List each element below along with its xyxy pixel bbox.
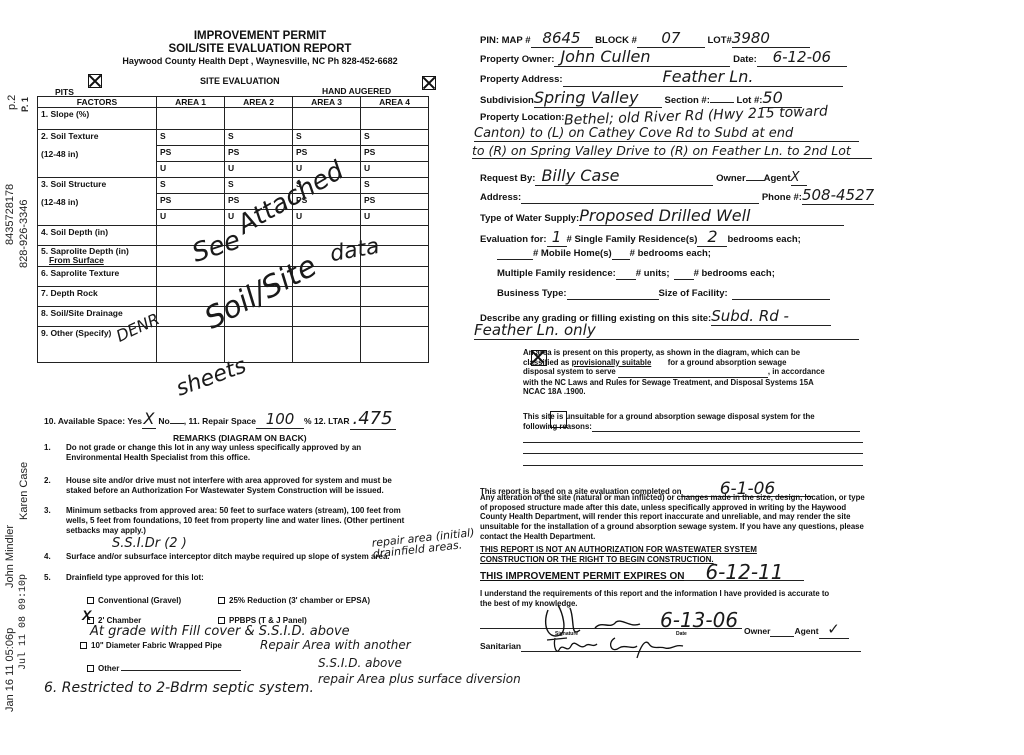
section-field[interactable] <box>710 102 734 103</box>
bedrooms-label: bedrooms each; <box>727 234 800 245</box>
rating-ps[interactable]: PS <box>361 146 429 162</box>
suitable-class-field[interactable]: provisionally suitable <box>572 358 666 368</box>
sanitarian-signature <box>545 628 695 668</box>
multi-family-label: Multiple Family residence: <box>497 268 616 279</box>
handwritten-item6: 6. Restricted to 2-Bdrm septic system. <box>44 680 314 696</box>
pin-row: PIN: MAP #8645 BLOCK #07 LOT#3980 <box>480 29 810 48</box>
evaluation-row: Evaluation for:1# Single Family Residenc… <box>480 227 801 247</box>
fax-timestamp-1: Jan 16 11 05:06p <box>4 628 16 712</box>
suitable-text-2b: for a ground absorption sewage <box>668 358 787 367</box>
business-type-label: Business Type: <box>497 288 567 299</box>
property-address-label: Property Address: <box>480 74 563 85</box>
mobile-label: # Mobile Home(s) <box>533 248 612 259</box>
factor-label: 2. Soil Texture <box>41 131 153 141</box>
bedrooms-field[interactable]: 2 <box>697 227 727 247</box>
rating-s[interactable]: S <box>361 178 429 194</box>
report-warning-1: THIS REPORT IS NOT AN AUTHORIZATION FOR … <box>480 545 757 555</box>
fax-page-number-2: p.2 <box>6 95 18 110</box>
repair-space-field[interactable]: 100 <box>256 410 304 429</box>
sig-owner-field[interactable] <box>770 626 794 637</box>
available-space-yes-field[interactable]: X <box>142 409 156 429</box>
column-header-area-2: AREA 2 <box>225 97 293 108</box>
table-header-row: FACTORS AREA 1 AREA 2 AREA 3 AREA 4 <box>38 97 429 108</box>
handwritten-chamber-note: At grade with Fill cover & S.S.I.D. abov… <box>90 624 350 639</box>
remark-item-5: 5. Drainfield type approved for this lot… <box>44 573 344 583</box>
remark-num: 3. <box>44 506 66 536</box>
unsuitable-text-1: This site is unsuitable for a ground abs… <box>523 412 868 422</box>
rating-u[interactable]: U <box>225 162 293 178</box>
mobile-row: # Mobile Home(s) # bedrooms each; <box>497 248 711 260</box>
remark-num: 2. <box>44 476 66 496</box>
factor-sub-label: (12-48 in) <box>41 149 153 159</box>
date-field[interactable]: 6-12-06 <box>757 48 847 67</box>
location-row: Property Location:Bethel; old River Rd (… <box>480 108 828 124</box>
rating-u[interactable]: U <box>157 210 225 226</box>
owner-check-label: Owner <box>716 173 746 184</box>
fax-name-2: Karen Case <box>18 462 30 520</box>
evaluation-for-label: Evaluation for: <box>480 234 547 245</box>
ltar-field[interactable]: .475 <box>350 408 396 430</box>
checkbox-other[interactable] <box>87 665 94 672</box>
suitable-statement: An area is present on this property, as … <box>523 348 873 397</box>
column-header-area-1: AREA 1 <box>157 97 225 108</box>
request-by-field[interactable]: Billy Case <box>535 166 713 186</box>
department-info: Haywood County Health Dept , Waynesville… <box>100 56 420 66</box>
checkbox-conventional[interactable] <box>87 597 94 604</box>
facility-size-field[interactable] <box>732 288 830 300</box>
rating-u[interactable]: U <box>157 162 225 178</box>
cell[interactable] <box>225 108 293 130</box>
repair-space-label: 11. Repair Space <box>188 416 256 426</box>
option-label: 10" Diameter Fabric Wrapped Pipe <box>91 641 222 650</box>
pits-checkbox[interactable] <box>88 74 102 88</box>
agent-check-label: Agent <box>764 173 791 184</box>
sig-owner-label: Owner <box>744 626 770 636</box>
site-evaluation-heading: SITE EVALUATION <box>200 76 280 86</box>
handwritten-item4: S.S.I.Dr (2 ) <box>112 536 187 551</box>
remark-item-2: 2. House site and/or drive must not inte… <box>44 476 419 496</box>
location-line-2[interactable]: Canton) to (L) on Cathey Cove Rd to Subd… <box>474 126 859 142</box>
requester-address-label: Address: <box>480 192 521 203</box>
handwritten-repair-note: Repair Area with another <box>260 638 411 652</box>
fax-name-1: John Mindler <box>4 525 16 588</box>
unsuitable-reason-field-2[interactable] <box>523 442 863 443</box>
hand-augered-checkbox[interactable] <box>422 76 436 90</box>
lotnum-label: Lot #: <box>737 95 763 106</box>
unsuitable-statement: This site is unsuitable for a ground abs… <box>523 412 868 432</box>
rating-ps[interactable]: PS <box>157 146 225 162</box>
subdivision-field[interactable]: Spring Valley <box>534 88 662 108</box>
units-field[interactable] <box>616 268 636 280</box>
date-label: Date: <box>733 54 757 65</box>
phone-label: Phone #: <box>762 192 802 203</box>
option-conventional[interactable]: Conventional (Gravel) <box>87 596 181 606</box>
fax-phone-1: 8435728178 <box>4 184 16 245</box>
rating-s[interactable]: S <box>225 130 293 146</box>
factor-saprolite-depth: 5. Saprolite Depth (in) From Surface <box>38 246 157 267</box>
fax-phone-2: 828-926-3346 <box>18 199 30 268</box>
multi-bedrooms-field[interactable] <box>674 268 694 280</box>
address-row: Property Address:Feather Ln. <box>480 67 843 87</box>
address2-row: Address: Phone #:508-4527 <box>480 186 874 205</box>
fax-timestamp-2: Jul 11 08 09:10p <box>18 574 29 670</box>
water-supply-label: Type of Water Supply: <box>480 213 579 224</box>
location-line-3[interactable]: to (R) on Spring Valley Drive to (R) on … <box>472 143 872 159</box>
column-header-factors: FACTORS <box>38 97 157 108</box>
remark-num: 4. <box>44 552 66 562</box>
rating-u[interactable]: U <box>361 210 429 226</box>
fax-page-number-1: P. 1 <box>20 97 30 112</box>
owner-label: Property Owner: <box>480 54 554 65</box>
water-supply-field[interactable]: Proposed Drilled Well <box>579 206 844 226</box>
business-row: Business Type: Size of Facility: <box>497 288 830 300</box>
multi-bedrooms-label: # bedrooms each; <box>694 268 775 279</box>
suitable-text-4: with the NC Laws and Rules for Sewage Tr… <box>523 378 873 388</box>
mobile-bedrooms-label: # bedrooms each; <box>630 248 711 259</box>
table-row-saprolite-texture: 6. Saprolite Texture <box>38 267 429 287</box>
acknowledgement-text-1: I understand the requirements of this re… <box>480 589 880 599</box>
remark-text: Drainfield type approved for this lot: <box>66 573 344 583</box>
suitable-text-1: An area is present on this property, as … <box>523 348 873 358</box>
facility-size-label: Size of Facility: <box>659 288 728 299</box>
rating-s[interactable]: S <box>157 130 225 146</box>
remark-text: Minimum setbacks from approved area: 50 … <box>66 506 424 536</box>
factor-saprolite-texture: 6. Saprolite Texture <box>38 267 157 287</box>
option-label: Other <box>98 664 119 673</box>
grading-field-line-2[interactable]: Feather Ln. only <box>474 321 859 340</box>
lot-field[interactable]: 3980 <box>732 29 810 48</box>
water-supply-row: Type of Water Supply:Proposed Drilled We… <box>480 206 844 226</box>
requester-address-field[interactable] <box>521 192 759 204</box>
ltar-label: 12. LTAR <box>314 416 350 426</box>
rating-u[interactable]: U <box>361 162 429 178</box>
available-space-row: 10. Available Space: YesX No, 11. Repair… <box>44 408 396 430</box>
expires-row: THIS IMPROVEMENT PERMIT EXPIRES ON6-12-1… <box>480 564 804 582</box>
request-by-label: Request By: <box>480 173 535 184</box>
column-header-area-4: AREA 4 <box>361 97 429 108</box>
block-field[interactable]: 07 <box>637 29 705 48</box>
no-label: No <box>158 416 169 426</box>
checkbox-fabric-pipe[interactable] <box>80 642 87 649</box>
mobile-count-field[interactable] <box>497 248 533 260</box>
expires-date-field[interactable]: 6-12-11 <box>684 564 804 581</box>
factor-soil-structure: 3. Soil Structure (12-48 in) <box>38 178 157 226</box>
multi-family-row: Multiple Family residence: # units; # be… <box>497 268 775 280</box>
table-row-soil-texture-s: 2. Soil Texture (12-48 in) S S S S <box>38 130 429 146</box>
available-space-label: 10. Available Space: Yes <box>44 416 142 426</box>
block-label: BLOCK # <box>595 35 637 46</box>
sfr-label: # Single Family Residence(s) <box>567 234 698 245</box>
location-label: Property Location: <box>480 112 564 123</box>
owner-check-field[interactable] <box>746 180 764 181</box>
suitable-text-3a: disposal system to serve <box>523 367 616 376</box>
owner-row: Property Owner:John Cullen Date:6-12-06 <box>480 47 847 67</box>
hand-augered-label: HAND AUGERED <box>322 86 391 96</box>
handwritten-repair-note-2: S.S.I.D. above <box>318 656 402 670</box>
rating-ps[interactable]: PS <box>157 194 225 210</box>
unsuitable-text-2: following reasons: <box>523 422 592 431</box>
factor-sub-label: (12-48 in) <box>41 197 153 207</box>
factor-soil-depth: 4. Soil Depth (in) <box>38 226 157 246</box>
unsuitable-reason-field-3[interactable] <box>523 453 863 454</box>
unsuitable-reason-field-4[interactable] <box>523 465 863 466</box>
subdivision-label: Subdivision <box>480 95 534 106</box>
column-header-area-3: AREA 3 <box>293 97 361 108</box>
remark-num: 5. <box>44 573 66 583</box>
phone-field[interactable]: 508-4527 <box>802 186 874 205</box>
factor-slope: 1. Slope (%) <box>38 108 157 130</box>
units-label: # units; <box>636 268 670 279</box>
percent-sign: % <box>304 416 312 426</box>
other-field[interactable] <box>121 670 241 671</box>
serve-field[interactable] <box>618 367 768 378</box>
request-row: Request By:Billy Case OwnerAgentX <box>480 166 807 186</box>
report-body: Any alteration of the site (natural or m… <box>480 493 870 542</box>
suitable-text-2a: classified as <box>523 358 569 367</box>
section-label: Section #: <box>664 95 709 106</box>
table-row-soil-structure-s: 3. Soil Structure (12-48 in) S S S S <box>38 178 429 194</box>
handwritten-repair-note-3: repair Area plus surface diversion <box>318 672 521 686</box>
suitable-text-3b: , in accordance <box>768 367 825 376</box>
remark-item-1: 1. Do not grade or change this lot in an… <box>44 443 414 463</box>
remark-text: House site and/or drive must not interfe… <box>66 476 419 496</box>
cell[interactable] <box>157 108 225 130</box>
sig-agent-field[interactable]: ✓ <box>819 620 849 639</box>
sanitarian-label: Sanitarian <box>480 641 521 651</box>
rating-s[interactable]: S <box>361 130 429 146</box>
property-address-field[interactable]: Feather Ln. <box>563 67 843 87</box>
option-fabric-pipe[interactable]: 10" Diameter Fabric Wrapped Pipe <box>80 641 222 651</box>
rating-u[interactable]: U <box>293 210 361 226</box>
factor-depth-rock: 7. Depth Rock <box>38 287 157 307</box>
factor-label: 3. Soil Structure <box>41 179 153 189</box>
agent-check-field[interactable]: X <box>791 170 807 186</box>
remark-num: 1. <box>44 443 66 463</box>
evaluation-count-field[interactable]: 1 <box>547 228 567 247</box>
sig-agent-label: Agent <box>794 626 818 636</box>
business-type-field[interactable] <box>567 288 659 300</box>
rating-ps[interactable]: PS <box>361 194 429 210</box>
location-line-1[interactable]: Bethel; old River Rd (Hwy 215 toward <box>564 103 828 128</box>
available-space-no-field[interactable] <box>170 423 184 424</box>
map-field[interactable]: 8645 <box>531 29 593 48</box>
mobile-bedrooms-field[interactable] <box>612 248 630 260</box>
rating-s[interactable]: S <box>157 178 225 194</box>
checkbox-25-reduction[interactable] <box>218 597 225 604</box>
cell[interactable] <box>361 108 429 130</box>
option-25-reduction[interactable]: 25% Reduction (3' chamber or EPSA) <box>218 596 370 606</box>
unsuitable-reason-field-1[interactable] <box>592 422 860 433</box>
rating-s[interactable]: S <box>293 130 361 146</box>
title-improvement-permit: IMPROVEMENT PERMIT <box>110 30 410 43</box>
option-other[interactable]: Other <box>87 664 241 674</box>
suitable-text-5: NCAC 18A .1900. <box>523 387 873 397</box>
owner-field[interactable]: John Cullen <box>554 47 730 67</box>
remark-item-3: 3. Minimum setbacks from approved area: … <box>44 506 424 536</box>
cell[interactable] <box>293 108 361 130</box>
remark-text: Do not grade or change this lot in any w… <box>66 443 414 463</box>
expires-label: THIS IMPROVEMENT PERMIT EXPIRES ON <box>480 571 684 582</box>
lot-label: LOT# <box>708 35 732 46</box>
map-label: PIN: MAP # <box>480 35 531 46</box>
table-row-slope: 1. Slope (%) <box>38 108 429 130</box>
factor-sub-label: From Surface <box>41 256 153 265</box>
remarks-heading: REMARKS (DIAGRAM ON BACK) <box>173 433 307 443</box>
title-soil-site-report: SOIL/SITE EVALUATION REPORT <box>110 43 410 56</box>
factor-soil-texture: 2. Soil Texture (12-48 in) <box>38 130 157 178</box>
option-label: 25% Reduction (3' chamber or EPSA) <box>229 596 370 605</box>
owner-agent-row: Owner Agent✓ <box>744 620 849 639</box>
rating-ps[interactable]: PS <box>225 146 293 162</box>
option-label: Conventional (Gravel) <box>98 596 181 605</box>
